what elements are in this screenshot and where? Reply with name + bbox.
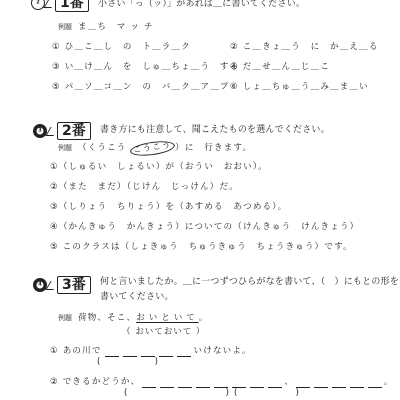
circled-answer: こうこう — [130, 139, 176, 158]
section-3-instruction-line2: 書いてください。 — [100, 291, 174, 303]
section-1-example: 例題ま＿ち マ ッ チ — [58, 22, 154, 33]
section-1-item-2: ② こ＿きょ＿う に か＿え＿る — [230, 42, 379, 53]
section-1-item-5: ⑤ パ＿ソ＿コ＿ン の バ＿ク＿ア＿プ — [52, 82, 230, 93]
original-form-paren[interactable]: () — [234, 388, 300, 398]
section-1-item-1: ① ひ＿こ＿し の ト＿ラ＿ク — [52, 42, 191, 53]
section-2-item-3: ③（しりょう ちりょう）を（あすめる あつめる）。 — [50, 202, 287, 213]
example-label: 例題 — [58, 144, 72, 152]
section-3-item-1: ① あの川で いけないよ。 — [50, 346, 252, 357]
section-2-item-5: ⑤ このクラスは（しょきゅう ちゅうきゅう ちょうきゅう）です。 — [50, 242, 353, 253]
section-1-item-3: ③ い＿け＿ん を しゅ＿ちょ＿う する — [52, 62, 239, 73]
section-number-box: 1番 — [55, 0, 89, 12]
section-1-instruction: 小さい「っ（ッ）」があれば＿に書いてください。 — [98, 0, 305, 10]
section-2-example: 例題（くうこう こうこう）に 行きます。 — [58, 142, 252, 155]
answer-blanks[interactable] — [105, 348, 191, 357]
section-2-item-4: ④（かんきゅう かんきょう）についての（けんきゅう けんきょう） — [50, 222, 359, 233]
section-3-item-2: ② できるかどうか、 、 。 — [50, 377, 394, 388]
section-2-header: 3 2番 — [33, 122, 91, 140]
section-number-box: 3番 — [57, 276, 91, 294]
section-number-box: 2番 — [57, 122, 91, 140]
section-1-item-6: ⑥ しょ＿ちゅ＿う＿み＿ま＿い — [230, 82, 369, 93]
example-answer: おいといて — [136, 313, 199, 323]
answer-blanks[interactable] — [296, 379, 382, 388]
original-form-paren[interactable]: () — [124, 388, 230, 398]
example-text: ま＿ち マ ッ チ — [78, 22, 154, 32]
section-1-header: 2 1番 — [31, 0, 89, 12]
example-label: 例題 — [58, 314, 72, 322]
original-form-paren[interactable]: () — [97, 357, 159, 367]
cd-track-icon: 2 — [31, 0, 45, 10]
section-2-item-1: ①（しゅるい しょるい）が（おうい おおい）。 — [50, 162, 268, 173]
answer-blanks[interactable] — [142, 379, 282, 388]
section-3-example-paren: （ おいておいて ） — [122, 325, 205, 337]
example-label: 例題 — [58, 23, 72, 31]
section-2-instruction: 書き方にも注意して、聞こえたものを選んでください。 — [100, 124, 330, 136]
section-3-example: 例題荷物、そこ、おいといて。 — [58, 313, 208, 324]
section-3-instruction-line1: 何と言いましたか。＿に一つずつひらがなを書いて、（ ）にもとの形を — [100, 276, 399, 288]
section-2-item-2: ②（また まだ）（じけん じっけん）だ。 — [50, 182, 239, 193]
section-3-header: 4 3番 — [33, 276, 91, 294]
section-1-item-4: ④ だ＿せ＿ん＿じ＿こ — [230, 62, 330, 73]
